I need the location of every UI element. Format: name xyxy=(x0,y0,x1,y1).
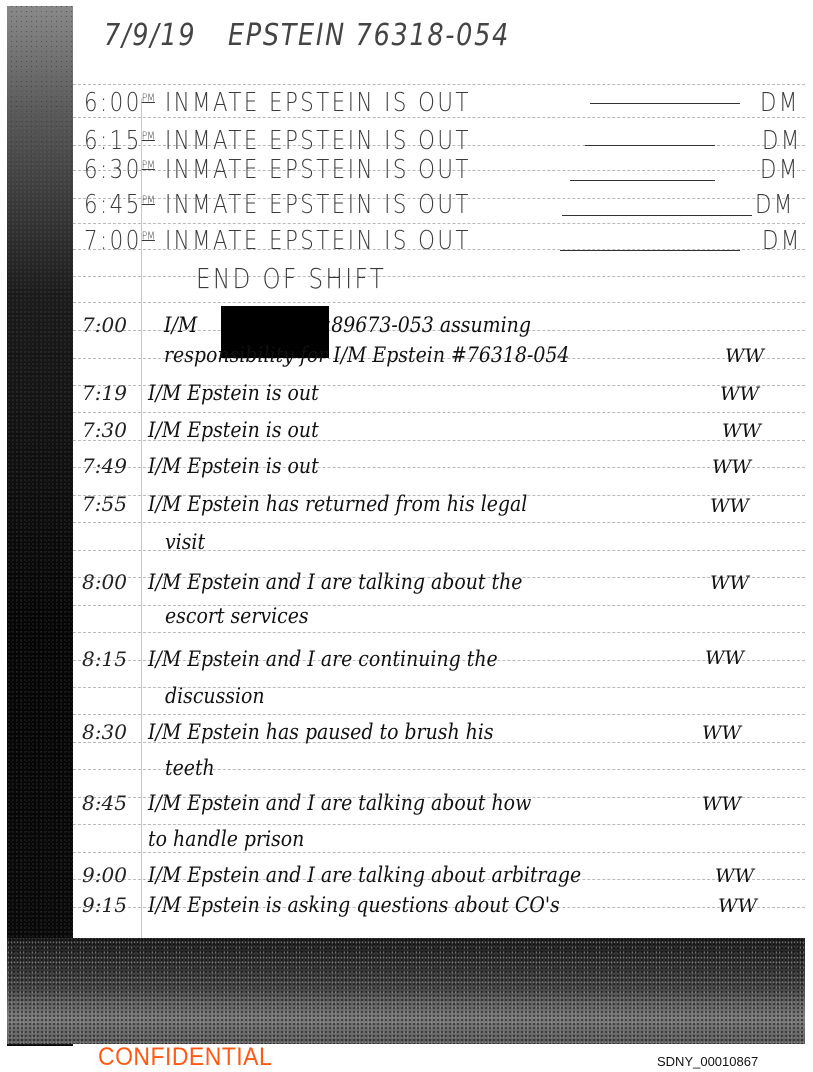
entry-time: 8:00 xyxy=(82,570,127,594)
entry-time: 8:45 xyxy=(82,791,127,815)
entry-initials: WW xyxy=(702,722,741,744)
entry-text: escort services xyxy=(165,604,309,628)
entry-initials: WW xyxy=(710,572,749,594)
entry-time: 9:00 xyxy=(82,863,127,887)
entry-text: I/M Epstein is out xyxy=(148,454,319,478)
entry-time: 8:30 xyxy=(82,720,127,744)
bates-number: SDNY_00010867 xyxy=(657,1054,758,1069)
entry-text: responsibility for I/M Epstein #76318-05… xyxy=(164,343,569,367)
entry-text: I/M Epstein is out xyxy=(148,418,319,442)
entry-text: I/M Epstein has paused to brush his xyxy=(148,720,494,744)
entry-text: teeth xyxy=(165,756,215,780)
entry-text: I/M Epstein and I are talking about arbi… xyxy=(148,863,581,887)
entry-text: I/M Epstein and I are talking about how xyxy=(148,791,531,815)
entry-text: I/M Epstein is asking questions about CO… xyxy=(148,893,560,917)
entry-initials: WW xyxy=(705,647,744,669)
entry-time: 7:19 xyxy=(82,381,127,405)
entry-text: to handle prison xyxy=(148,827,304,851)
entry-initials: WW xyxy=(722,420,761,442)
entry-time: 7:00 xyxy=(82,313,127,337)
entry-initials: WW xyxy=(715,865,754,887)
end-of-shift: END OF SHIFT xyxy=(196,262,386,295)
entry-text: discussion xyxy=(165,684,265,708)
entry-initials: WW xyxy=(718,895,757,917)
scan-shadow-bottom xyxy=(7,938,805,1044)
entry-initials: WW xyxy=(720,383,759,405)
entry-time: 9:15 xyxy=(82,893,127,917)
entry-text: I/M Epstein is out xyxy=(148,381,319,405)
entry-initials: WW xyxy=(702,793,741,815)
entry-text: I/M #89673-053 assuming xyxy=(164,313,531,337)
entry-text: visit xyxy=(165,530,205,554)
entry-time: 7:30 xyxy=(82,418,127,442)
entry-text: I/M Epstein and I are continuing the xyxy=(148,647,498,671)
margin-line xyxy=(141,98,142,938)
entry-time: 7:49 xyxy=(82,454,127,478)
entry-time: 7:55 xyxy=(82,492,127,516)
header-date: 7/9/19 xyxy=(104,18,196,53)
entry-initials: WW xyxy=(710,495,749,517)
entry-initials: WW xyxy=(725,345,764,367)
entry-time: 8:15 xyxy=(82,647,127,671)
header-inmate: EPSTEIN 76318-054 xyxy=(228,18,510,53)
entry-text: I/M Epstein and I are talking about the xyxy=(148,570,522,594)
entry-text: I/M Epstein has returned from his legal xyxy=(148,492,527,516)
scan-shadow-left xyxy=(7,6,73,1046)
confidential-stamp: CONFIDENTIAL xyxy=(98,1043,272,1072)
entry-initials: WW xyxy=(712,456,751,478)
